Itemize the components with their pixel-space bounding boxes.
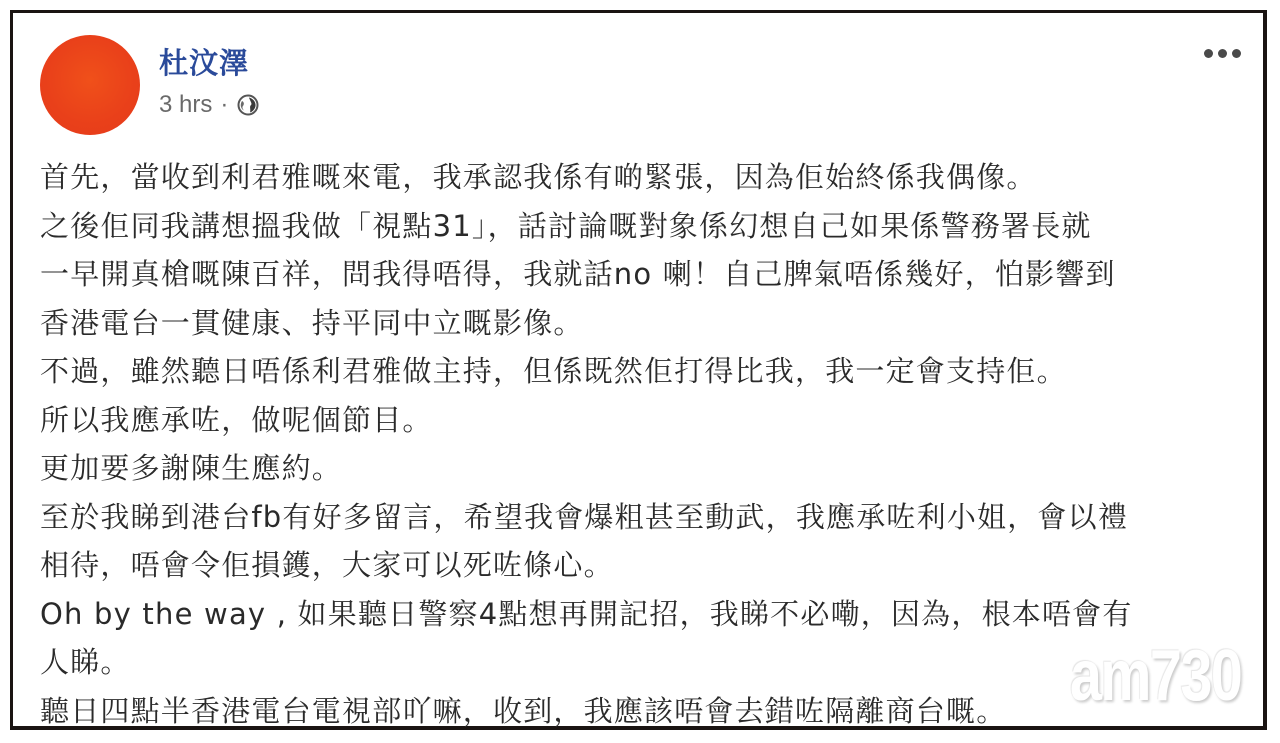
globe-icon[interactable]	[236, 93, 260, 117]
post-line: 至於我睇到港台fb有好多留言，希望我會爆粗甚至動武，我應承咗利小姐，會以禮	[40, 493, 1250, 542]
post-line: 相待，唔會令佢損鑊，大家可以死咗條心。	[40, 541, 1250, 590]
more-dot-icon	[1232, 49, 1241, 58]
more-dot-icon	[1218, 49, 1227, 58]
post-line: 一早開真槍嘅陳百祥，問我得唔得，我就話no 喇！自己脾氣唔係幾好，怕影響到	[40, 250, 1250, 299]
facebook-post-card: 杜汶澤 3 hrs · 首先，當收到利君雅嘅來電，我承認我係有啲緊張，因為佢始終…	[10, 10, 1267, 730]
post-line: 所以我應承咗，做呢個節目。	[40, 396, 1250, 445]
post-line: 聽日四點半香港電台電視部吖嘛，收到，我應該唔會去錯咗隔離商台嘅。	[40, 687, 1250, 736]
post-line: 之後佢同我講想搵我做「視點31」，話討論嘅對象係幻想自己如果係警務署長就	[40, 202, 1250, 251]
post-body-text: 首先，當收到利君雅嘅來電，我承認我係有啲緊張，因為佢始終係我偶像。 之後佢同我講…	[40, 153, 1250, 735]
post-line: 人睇。	[40, 638, 1250, 687]
post-line: 首先，當收到利君雅嘅來電，我承認我係有啲緊張，因為佢始終係我偶像。	[40, 153, 1250, 202]
avatar[interactable]	[40, 35, 140, 135]
more-options-button[interactable]	[1204, 49, 1241, 58]
author-name-link[interactable]: 杜汶澤	[159, 41, 249, 82]
meta-separator: ·	[220, 91, 228, 119]
post-timestamp[interactable]: 3 hrs	[159, 91, 212, 119]
more-dot-icon	[1204, 49, 1213, 58]
post-line: Oh by the way , 如果聽日警察4點想再開記招，我睇不必嘞，因為，根…	[40, 590, 1250, 639]
am730-watermark-logo: am730	[1070, 640, 1241, 712]
post-meta: 3 hrs ·	[159, 91, 260, 119]
post-line: 不過，雖然聽日唔係利君雅做主持，但係既然佢打得比我，我一定會支持佢。	[40, 347, 1250, 396]
post-line: 香港電台一貫健康、持平同中立嘅影像。	[40, 299, 1250, 348]
post-line: 更加要多謝陳生應約。	[40, 444, 1250, 493]
